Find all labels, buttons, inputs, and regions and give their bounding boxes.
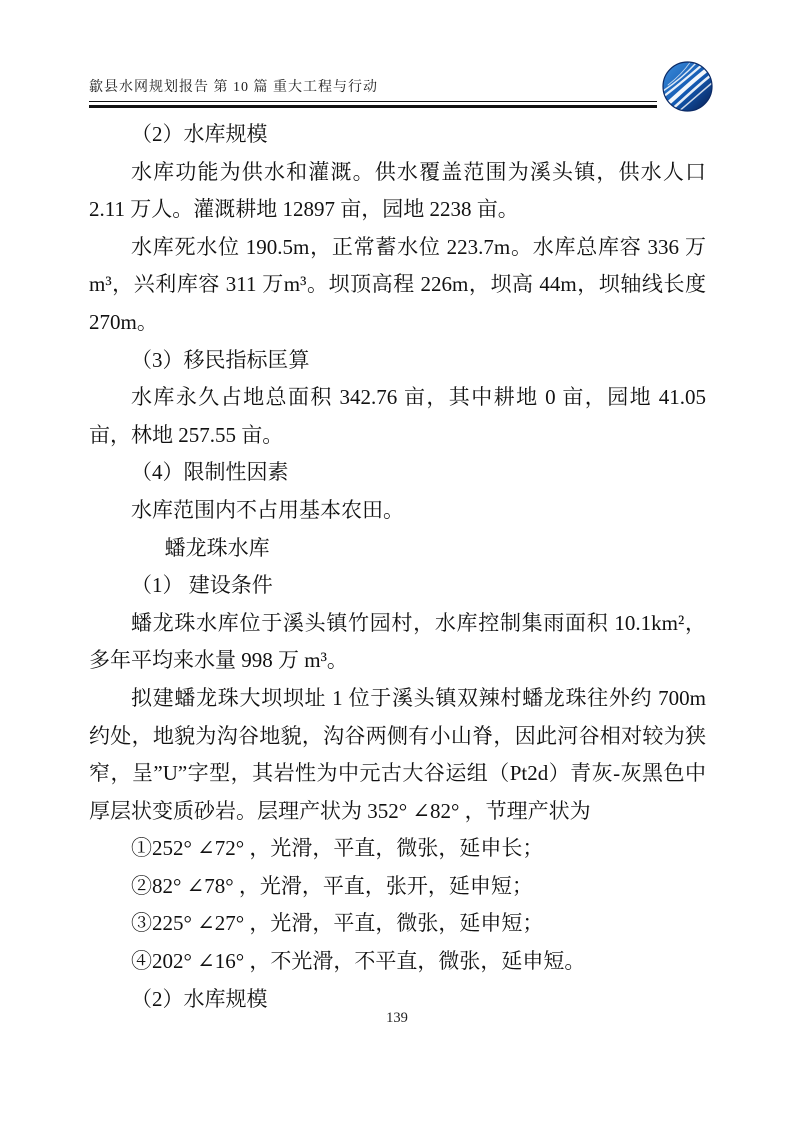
header-divider-thick [89, 105, 657, 109]
body-paragraph: 水库功能为供水和灌溉。供水覆盖范围为溪头镇，供水人口 2.11 万人。灌溉耕地 … [89, 154, 706, 229]
list-item-joint-3: ③225° ∠27° ，光滑，平直，微张，延申短； [89, 905, 706, 943]
document-body: （2）水库规模 水库功能为供水和灌溉。供水覆盖范围为溪头镇，供水人口 2.11 … [89, 116, 706, 1018]
body-paragraph: （3）移民指标匡算 [89, 342, 706, 380]
list-item-joint-1: ①252° ∠72° ，光滑，平直，微张，延申长； [89, 830, 706, 868]
body-paragraph: 水库永久占地总面积 342.76 亩，其中耕地 0 亩，园地 41.05 亩，林… [89, 379, 706, 454]
header-title: 歙县水网规划报告 第 10 篇 重大工程与行动 [89, 76, 657, 100]
body-paragraph: （4）限制性因素 [89, 454, 706, 492]
body-paragraph: 水库范围内不占用基本农田。 [89, 492, 706, 530]
body-paragraph: 水库死水位 190.5m，正常蓄水位 223.7m。水库总库容 336 万m³，… [89, 229, 706, 342]
page-footer: 139 [0, 1010, 794, 1027]
body-paragraph: 蟠龙珠水库位于溪头镇竹园村，水库控制集雨面积 10.1km²，多年平均来水量 9… [89, 605, 706, 680]
page-header: 歙县水网规划报告 第 10 篇 重大工程与行动 [89, 76, 657, 108]
body-paragraph: 拟建蟠龙珠大坝坝址 1 位于溪头镇双辣村蟠龙珠往外约 700m 约处，地貌为沟谷… [89, 680, 706, 830]
sub-reservoir-heading: 蟠龙珠水库 [89, 530, 706, 568]
page-number: 139 [386, 1010, 408, 1026]
header-divider-thin [89, 101, 657, 102]
body-paragraph: （2）水库规模 [89, 116, 706, 154]
company-logo [662, 61, 713, 112]
list-item-joint-4: ④202° ∠16° ，不光滑，不平直，微张，延申短。 [89, 943, 706, 981]
document-page: 歙县水网规划报告 第 10 篇 重大工程与行动 [0, 0, 794, 1122]
body-paragraph: （1） 建设条件 [89, 567, 706, 605]
blue-globe-road-swoosh-icon [662, 61, 713, 112]
list-item-joint-2: ②82° ∠78° ，光滑，平直，张开，延申短； [89, 868, 706, 906]
